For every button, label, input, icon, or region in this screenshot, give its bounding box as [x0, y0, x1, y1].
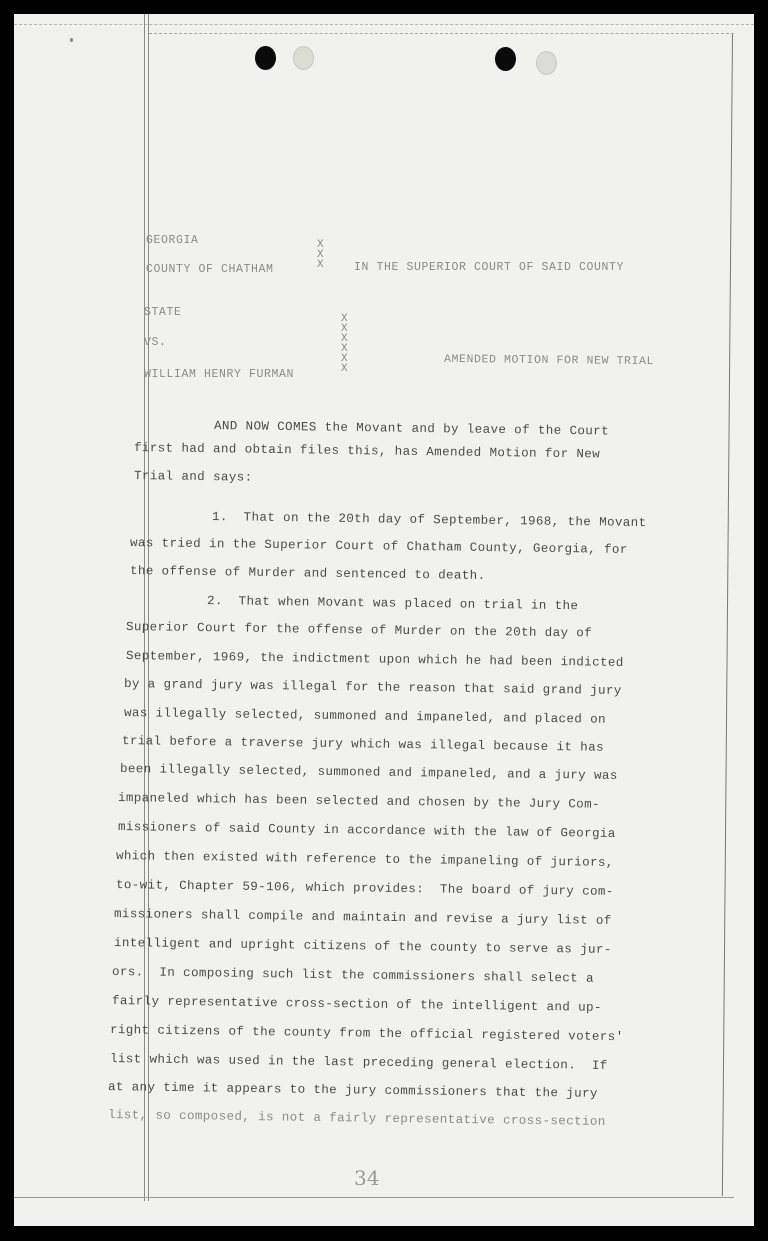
body-line: Trial and says: [134, 469, 253, 485]
document-title: AMENDED MOTION FOR NEW TRIAL [444, 353, 654, 368]
body-line: to-wit, Chapter 59-106, which provides: … [116, 878, 614, 899]
document-page: GEORGIA COUNTY OF CHATHAM XXX IN THE SUP… [14, 14, 754, 1226]
body-line: list which was used in the last precedin… [110, 1052, 608, 1073]
body-line: list, so composed, is not a fairly repre… [108, 1108, 606, 1129]
body-line: the offense of Murder and sentenced to d… [130, 564, 486, 583]
body-line: which then existed with reference to the… [116, 849, 614, 870]
body-line: first had and obtain files this, has Ame… [134, 441, 600, 462]
body-line: was illegally selected, summoned and imp… [124, 706, 606, 727]
caption-plaintiff: STATE [144, 306, 182, 319]
bottom-rule [14, 1197, 734, 1198]
body-line: been illegally selected, summoned and im… [120, 762, 618, 783]
caption-defendant: WILLIAM HENRY FURMAN [144, 368, 294, 381]
page-number: 34 [354, 1166, 379, 1190]
body-line: right citizens of the county from the of… [110, 1023, 624, 1044]
caption-separator: XXXXXX [341, 314, 348, 374]
body-line: 2. That when Movant was placed on trial … [207, 594, 579, 613]
caption-county: COUNTY OF CHATHAM [146, 263, 274, 276]
caption-court: IN THE SUPERIOR COURT OF SAID COUNTY [354, 261, 624, 274]
body-line: by a grand jury was illegal for the reas… [124, 677, 622, 698]
body-line: was tried in the Superior Court of Chath… [130, 536, 628, 557]
body-line: missioners shall compile and maintain an… [114, 907, 612, 928]
punch-hole-icon [255, 46, 276, 70]
caption-state: GEORGIA [146, 234, 199, 247]
right-margin-line [722, 34, 733, 1196]
punch-hole-icon [536, 51, 557, 75]
top-dotted-rule [149, 33, 734, 34]
punch-hole-icon [495, 47, 516, 71]
body-line: at any time it appears to the jury commi… [108, 1080, 598, 1101]
punch-hole-icon [293, 46, 314, 70]
body-line: September, 1969, the indictment upon whi… [126, 649, 624, 670]
body-line: ors. In composing such list the commissi… [112, 965, 594, 986]
body-line: AND NOW COMES the Movant and by leave of… [214, 419, 609, 439]
top-perforation [14, 24, 754, 25]
body-line: intelligent and upright citizens of the … [114, 936, 612, 957]
body-line: impaneled which has been selected and ch… [118, 791, 600, 812]
body-line: missioners of said County in accordance … [118, 820, 616, 841]
caption-versus: VS. [144, 336, 167, 349]
caption-separator: XXX [317, 240, 324, 270]
speck-mark [70, 38, 73, 42]
body-line: fairly representative cross-section of t… [112, 994, 602, 1015]
body-line: trial before a traverse jury which was i… [122, 734, 604, 755]
body-line: 1. That on the 20th day of September, 19… [212, 510, 647, 530]
body-line: Superior Court for the offense of Murder… [126, 620, 592, 641]
